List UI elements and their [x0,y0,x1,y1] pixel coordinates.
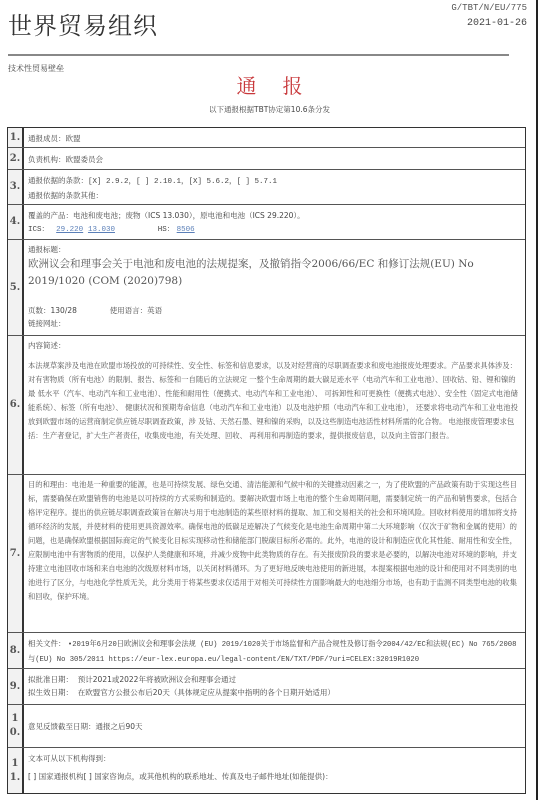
content-label: 内容简述： [28,339,520,352]
row-content: 内容简述： 本法规草案涉及电池在欧盟市场投放的可持续性、安全性、标签和信息要求，… [24,336,525,474]
row-proposed-dates: 9. 拟批准日期： 预计2021或2022年将被欧洲议会和理事会通过 拟生效日期… [8,669,525,705]
row-content: 通报成员：欧盟 [24,128,525,147]
row-content-description: 6. 内容简述： 本法规草案涉及电池在欧盟市场投放的可持续性、安全性、标签和信息… [8,336,525,475]
agency-value: 欧盟委员会 [66,155,104,164]
regulation-title: 欧洲议会和理事会关于电池和废电池的法规提案，及撤销指令2006/66/EC 和修… [28,256,520,290]
row-number: 9. [8,669,24,704]
row-number: 2. [8,148,24,169]
doc-symbol: G/TBT/N/EU/775 [451,3,527,13]
products-text: 覆盖的产品：电池和废电池；废物（ICS 13.030），原电池和电池（ICS 2… [28,209,520,222]
distribution-note: 以下通报根据TBT协定第10.6条分发 [0,104,539,115]
row-content: 负责机构：欧盟委员会 [24,148,525,169]
row-content: 通报依据的条款：[X] 2.9.2，[ ] 2.10.1，[X] 5.6.2，[… [24,170,525,204]
row-text-available: 1 1. 文本可从以下机构得到： [ ] 国家通报机构[ ] 国家咨询点，或其他… [8,748,525,793]
row-number: 6. [8,336,24,474]
articles-other-label: 通报依据的条款其他： [28,189,520,202]
pages-count: 页数：130/28 [28,306,77,315]
member-value: 欧盟 [66,134,81,143]
row-number: 8. [8,633,24,668]
row-content: 目的和理由：电池是一种重要的能源，也是可持续发展、绿色交通、清洁能源和气候中和的… [24,475,525,632]
agency-label: 负责机构： [28,155,66,164]
contact-options: [ ] 国家通报机构[ ] 国家咨询点，或其他机构的联系地址、传真及电子邮件地址… [28,770,520,783]
row-content: 覆盖的产品：电池和废电池；废物（ICS 13.030），原电池和电池（ICS 2… [24,205,525,239]
org-title: 世界贸易组织 [8,6,158,41]
ics-label: ICS： [28,226,49,234]
ics-link-29220[interactable]: 29.220 [56,226,83,234]
row-number: 1 0. [8,705,24,747]
row-content: 通报标题： 欧洲议会和理事会关于电池和废电池的法规提案，及撤销指令2006/66… [24,240,525,335]
objective-rationale-text: 目的和理由：电池是一种重要的能源，也是可持续发展、绿色交通、清洁能源和气候中和的… [28,478,520,604]
hs-link-8506[interactable]: 8506 [177,226,195,234]
row-content: 文本可从以下机构得到： [ ] 国家通报机构[ ] 国家咨询点，或其他机构的联系… [24,748,525,793]
notification-table: 1. 通报成员：欧盟 2. 负责机构：欧盟委员会 3. 通报依据的条款：[X] … [7,127,526,794]
row-number: 1. [8,128,24,147]
adoption-value: 预计2021或2022年将被欧洲议会和理事会通过 [78,675,236,684]
notice-title: 通报 [0,70,539,99]
hs-label: HS： [158,226,175,234]
text-available-label: 文本可从以下机构得到： [28,752,520,765]
adoption-label: 拟批准日期： [28,675,73,684]
row-objective-rationale: 7. 目的和理由：电池是一种重要的能源，也是可持续发展、绿色交通、清洁能源和气候… [8,475,525,633]
link-label: 链接网址： [28,317,520,330]
row-number: 5. [8,240,24,335]
effective-value: 在欧盟官方公报公布后20天（具体规定应从提案中指明的各个日期开始适用） [78,688,335,697]
row-notifying-member: 1. 通报成员：欧盟 [8,128,525,148]
comment-deadline: 意见反馈截至日期：通报之后90天 [28,720,143,733]
row-comment-deadline: 1 0. 意见反馈截至日期：通报之后90天 [8,705,525,748]
row-number: 7. [8,475,24,632]
row-content: 意见反馈截至日期：通报之后90天 [24,705,525,747]
effective-label: 拟生效日期： [28,688,73,697]
content-description: 本法规草案涉及电池在欧盟市场投放的可持续性、安全性、标签和信息要求，以及对经营商… [28,359,520,443]
docs-label: 相关文件： [28,639,66,648]
docs-value: •2019年6月20日欧洲议会和理事会法规 (EU) 2019/1020关于市场… [28,641,516,664]
title-label: 通报标题： [28,243,520,256]
articles-label: 通报依据的条款： [28,176,88,185]
row-responsible-agency: 2. 负责机构：欧盟委员会 [8,148,525,170]
doc-date: 2021-01-26 [467,18,527,29]
language: 使用语言：英语 [110,306,163,315]
row-relevant-documents: 8. 相关文件： •2019年6月20日欧洲议会和理事会法规 (EU) 2019… [8,633,525,669]
member-label: 通报成员： [28,134,66,143]
row-content: 拟批准日期： 预计2021或2022年将被欧洲议会和理事会通过 拟生效日期： 在… [24,669,525,704]
header-divider [8,54,509,56]
articles-value: [X] 2.9.2，[ ] 2.10.1，[X] 5.6.2，[ ] 5.7.1 [88,178,277,186]
row-number: 4. [8,205,24,239]
row-notification-title: 5. 通报标题： 欧洲议会和理事会关于电池和废电池的法规提案，及撤销指令2006… [8,240,525,336]
row-number: 1 1. [8,748,24,793]
row-content: 相关文件： •2019年6月20日欧洲议会和理事会法规 (EU) 2019/10… [24,633,525,668]
ics-link-13030[interactable]: 13.030 [88,226,115,234]
row-notified-articles: 3. 通报依据的条款：[X] 2.9.2，[ ] 2.10.1，[X] 5.6.… [8,170,525,205]
row-number: 3. [8,170,24,204]
row-products-covered: 4. 覆盖的产品：电池和废电池；废物（ICS 13.030），原电池和电池（IC… [8,205,525,240]
page-right-border [536,0,538,800]
